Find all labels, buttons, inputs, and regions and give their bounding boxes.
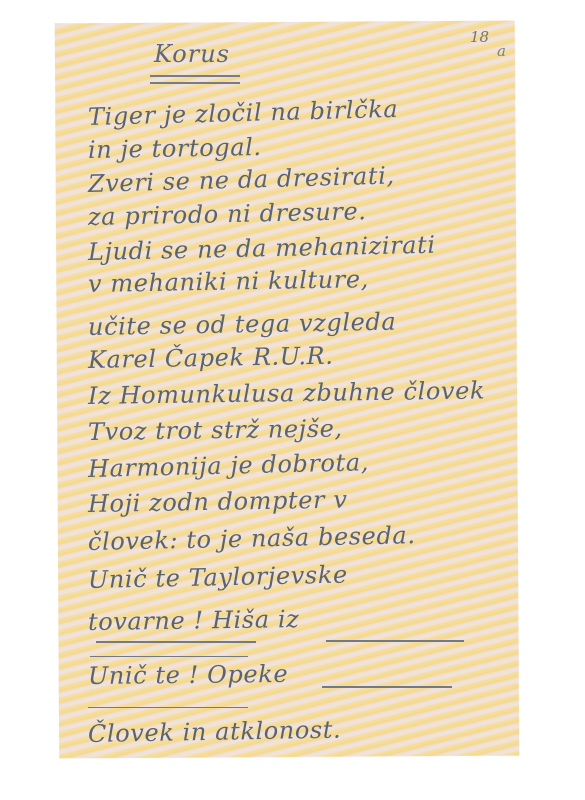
underline-hisa-iz (326, 640, 464, 642)
manuscript-line-6: v mehaniki ni kulture, (88, 265, 369, 298)
overline-unicite (90, 656, 248, 657)
manuscript-line-12: Hoji zodn dompter v (88, 485, 348, 518)
page-number: 18 (470, 28, 489, 46)
manuscript-line-2: in je tortogal. (88, 133, 262, 164)
underline-unicite (88, 707, 248, 708)
underline-opeke (322, 686, 452, 688)
manuscript-line-9: Iz Homunkulusa zbuhne človek (88, 376, 485, 410)
title-double-underline (150, 75, 240, 84)
manuscript-line-4: za prirodo ni dresure. (88, 197, 367, 231)
manuscript-line-10: Tvoz trot strž nejše, (88, 414, 343, 446)
underline-tovarne (96, 641, 256, 643)
manuscript-line-15: tovarne ! Hiša iz (88, 605, 300, 636)
page-number-suffix: a (497, 42, 506, 60)
page-title: Korus (154, 40, 230, 68)
manuscript-line-17: Človek in atklonost. (88, 716, 342, 748)
manuscript-line-16: Unič te ! Opeke (88, 660, 288, 690)
manuscript-line-7: učite se od tega vzgleda (88, 308, 397, 341)
manuscript-line-8: Karel Čapek R.U.R. (88, 342, 334, 374)
manuscript-line-14: Unič te Taylorjevske (88, 561, 348, 594)
